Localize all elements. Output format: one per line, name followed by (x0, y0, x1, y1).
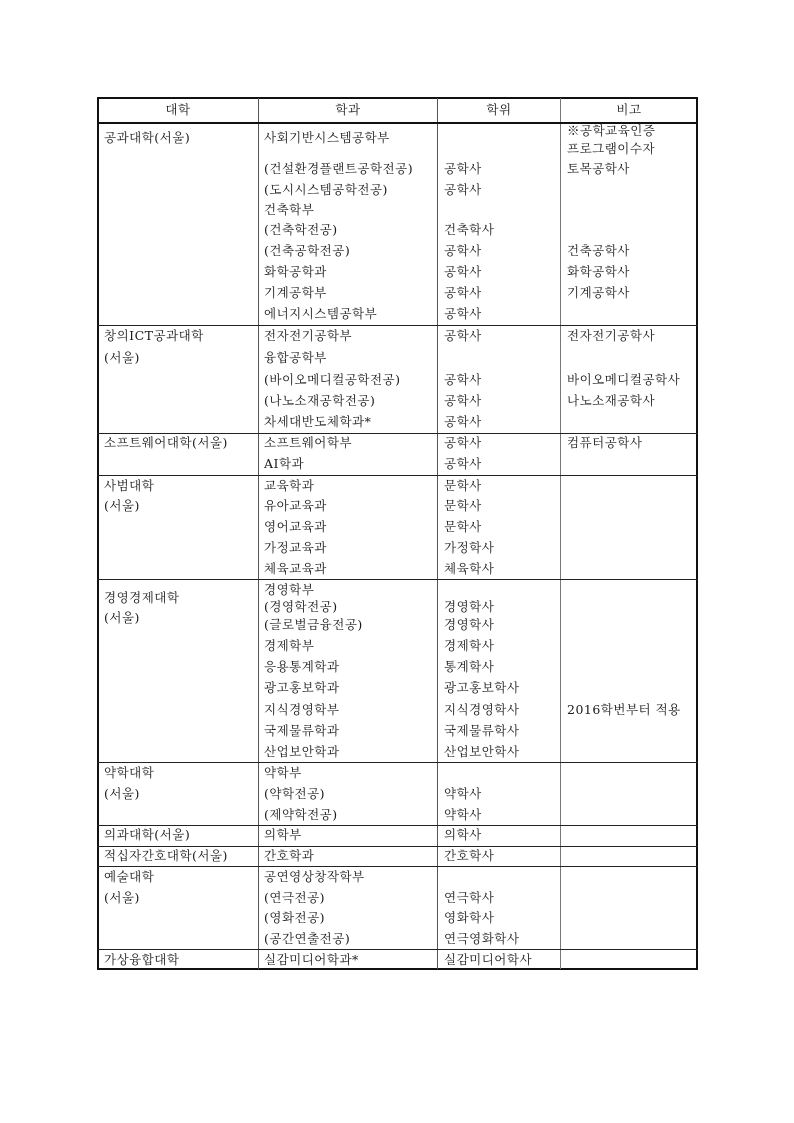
department: 의학부 (264, 828, 302, 842)
department: 가정교육과 (264, 541, 327, 555)
degree: 공학사 (444, 286, 482, 300)
group-divider (97, 949, 698, 950)
group-divider (97, 475, 698, 476)
note: 컴퓨터공학사 (567, 436, 642, 450)
degree: 국제물류학사 (444, 724, 519, 738)
department: 융합공학부 (264, 351, 327, 365)
department: (연극전공) (264, 891, 325, 905)
degree: 실감미디어학사 (444, 953, 532, 967)
department: 경제학부 (264, 639, 314, 653)
department: AI학과 (264, 457, 304, 471)
department: 화학공학과 (264, 265, 327, 279)
group-note: 프로그램이수자 (567, 142, 655, 156)
degree: 문학사 (444, 499, 482, 513)
degree: 공학사 (444, 457, 482, 471)
department: (공간연출전공) (264, 932, 350, 946)
degree: 의학사 (444, 828, 482, 842)
college-campus: (서울) (104, 787, 140, 801)
degree: 통계학사 (444, 660, 494, 674)
degree: 경제학사 (444, 639, 494, 653)
college-campus: (서울) (104, 891, 140, 905)
college-name: 약학대학 (104, 766, 154, 780)
department: (바이오메디컬공학전공) (264, 373, 401, 387)
department: 유아교육과 (264, 499, 327, 513)
department: (글로벌금융전공) (264, 618, 363, 632)
department: 사회기반시스템공학부 (264, 131, 390, 145)
department: 공연영상창작학부 (264, 870, 365, 884)
degree: 공학사 (444, 329, 482, 343)
header-degree: 학위 (438, 103, 560, 117)
document-page: 대학 학과 학위 비고 공과대학(서울) ※공학교육인증 프로그램이수자 사회기… (0, 0, 794, 1123)
department: (건축학전공) (264, 223, 338, 237)
college-campus: (서울) (104, 611, 140, 625)
college-name: 창의ICT공과대학 (104, 329, 204, 343)
college-name: 의과대학(서울) (104, 828, 190, 842)
college-name: 공과대학(서울) (104, 131, 190, 145)
department: (도시시스템공학전공) (264, 183, 388, 197)
degree: 경영학사 (444, 618, 494, 632)
group-divider (97, 846, 698, 847)
degree: 경영학사 (444, 600, 494, 614)
department: (제약학전공) (264, 808, 338, 822)
department: (나노소재공학전공) (264, 394, 375, 408)
department: 간호학과 (264, 849, 314, 863)
college-name: 경영경제대학 (104, 591, 179, 605)
department: (경영학전공) (264, 600, 338, 614)
department: 전자전기공학부 (264, 329, 352, 343)
group-divider (97, 325, 698, 326)
header-department: 학과 (259, 103, 437, 117)
department: 영어교육과 (264, 520, 327, 534)
department: 체육교육과 (264, 562, 327, 576)
department: (건설환경플랜트공학전공) (264, 162, 413, 176)
degree: 문학사 (444, 479, 482, 493)
degree: 체육학사 (444, 562, 494, 576)
college-name: 소프트웨어대학(서울) (104, 436, 228, 450)
department: 에너지시스템공학부 (264, 307, 377, 321)
department: 소프트웨어학부 (264, 436, 352, 450)
college-name: 사범대학 (104, 479, 154, 493)
degree: 산업보안학사 (444, 745, 519, 759)
department: (영화전공) (264, 911, 325, 925)
degree: 영화학사 (444, 911, 494, 925)
degree: 공학사 (444, 373, 482, 387)
department: 산업보안학과 (264, 745, 339, 759)
department: 기계공학부 (264, 286, 327, 300)
degree: 공학사 (444, 436, 482, 450)
note: 나노소재공학사 (567, 394, 655, 408)
degree: 약학사 (444, 808, 482, 822)
department: 차세대반도체학과* (264, 415, 371, 429)
degree: 연극학사 (444, 891, 494, 905)
college-name: 가상융합대학 (104, 953, 179, 967)
degree: 가정학사 (444, 541, 494, 555)
department: 건축학부 (264, 203, 314, 217)
department: 응용통계학과 (264, 660, 339, 674)
department: 국제물류학과 (264, 724, 339, 738)
group-divider (97, 825, 698, 826)
group-divider (97, 762, 698, 763)
group-divider (97, 433, 698, 434)
note: 건축공학사 (567, 244, 630, 258)
department: (건축공학전공) (264, 244, 350, 258)
column-divider (560, 98, 561, 969)
degree: 건축학사 (444, 223, 494, 237)
note: 화학공학사 (567, 265, 630, 279)
note: 기계공학사 (567, 286, 630, 300)
degree: 광고홍보학사 (444, 681, 519, 695)
column-divider (258, 98, 259, 969)
column-divider (437, 98, 438, 969)
degree: 공학사 (444, 244, 482, 258)
header-note: 비고 (561, 103, 697, 117)
degree: 약학사 (444, 787, 482, 801)
group-divider (97, 866, 698, 867)
degree: 공학사 (444, 307, 482, 321)
degree: 공학사 (444, 183, 482, 197)
college-name: 예술대학 (104, 870, 154, 884)
department: 지식경영학부 (264, 703, 339, 717)
college-campus: (서울) (104, 499, 140, 513)
header-college: 대학 (98, 103, 258, 117)
department: 경영학부 (264, 583, 314, 597)
department: 광고홍보학과 (264, 681, 339, 695)
department: 실감미디어학과* (264, 953, 359, 967)
note: 토목공학사 (567, 162, 630, 176)
degree: 공학사 (444, 415, 482, 429)
department: 교육학과 (264, 479, 314, 493)
department: (약학전공) (264, 787, 325, 801)
degree: 간호학사 (444, 849, 494, 863)
degree: 공학사 (444, 394, 482, 408)
degree: 연극영화학사 (444, 932, 519, 946)
group-note: ※공학교육인증 (567, 124, 655, 138)
department: 약학부 (264, 766, 302, 780)
college-campus: (서울) (104, 351, 140, 365)
note: 2016학번부터 적용 (567, 703, 681, 717)
degree: 공학사 (444, 162, 482, 176)
college-name: 적십자간호대학(서울) (104, 849, 228, 863)
group-divider (97, 579, 698, 580)
degree: 공학사 (444, 265, 482, 279)
note: 바이오메디컬공학사 (567, 373, 680, 387)
note: 전자전기공학사 (567, 329, 655, 343)
degree: 지식경영학사 (444, 703, 519, 717)
degree: 문학사 (444, 520, 482, 534)
